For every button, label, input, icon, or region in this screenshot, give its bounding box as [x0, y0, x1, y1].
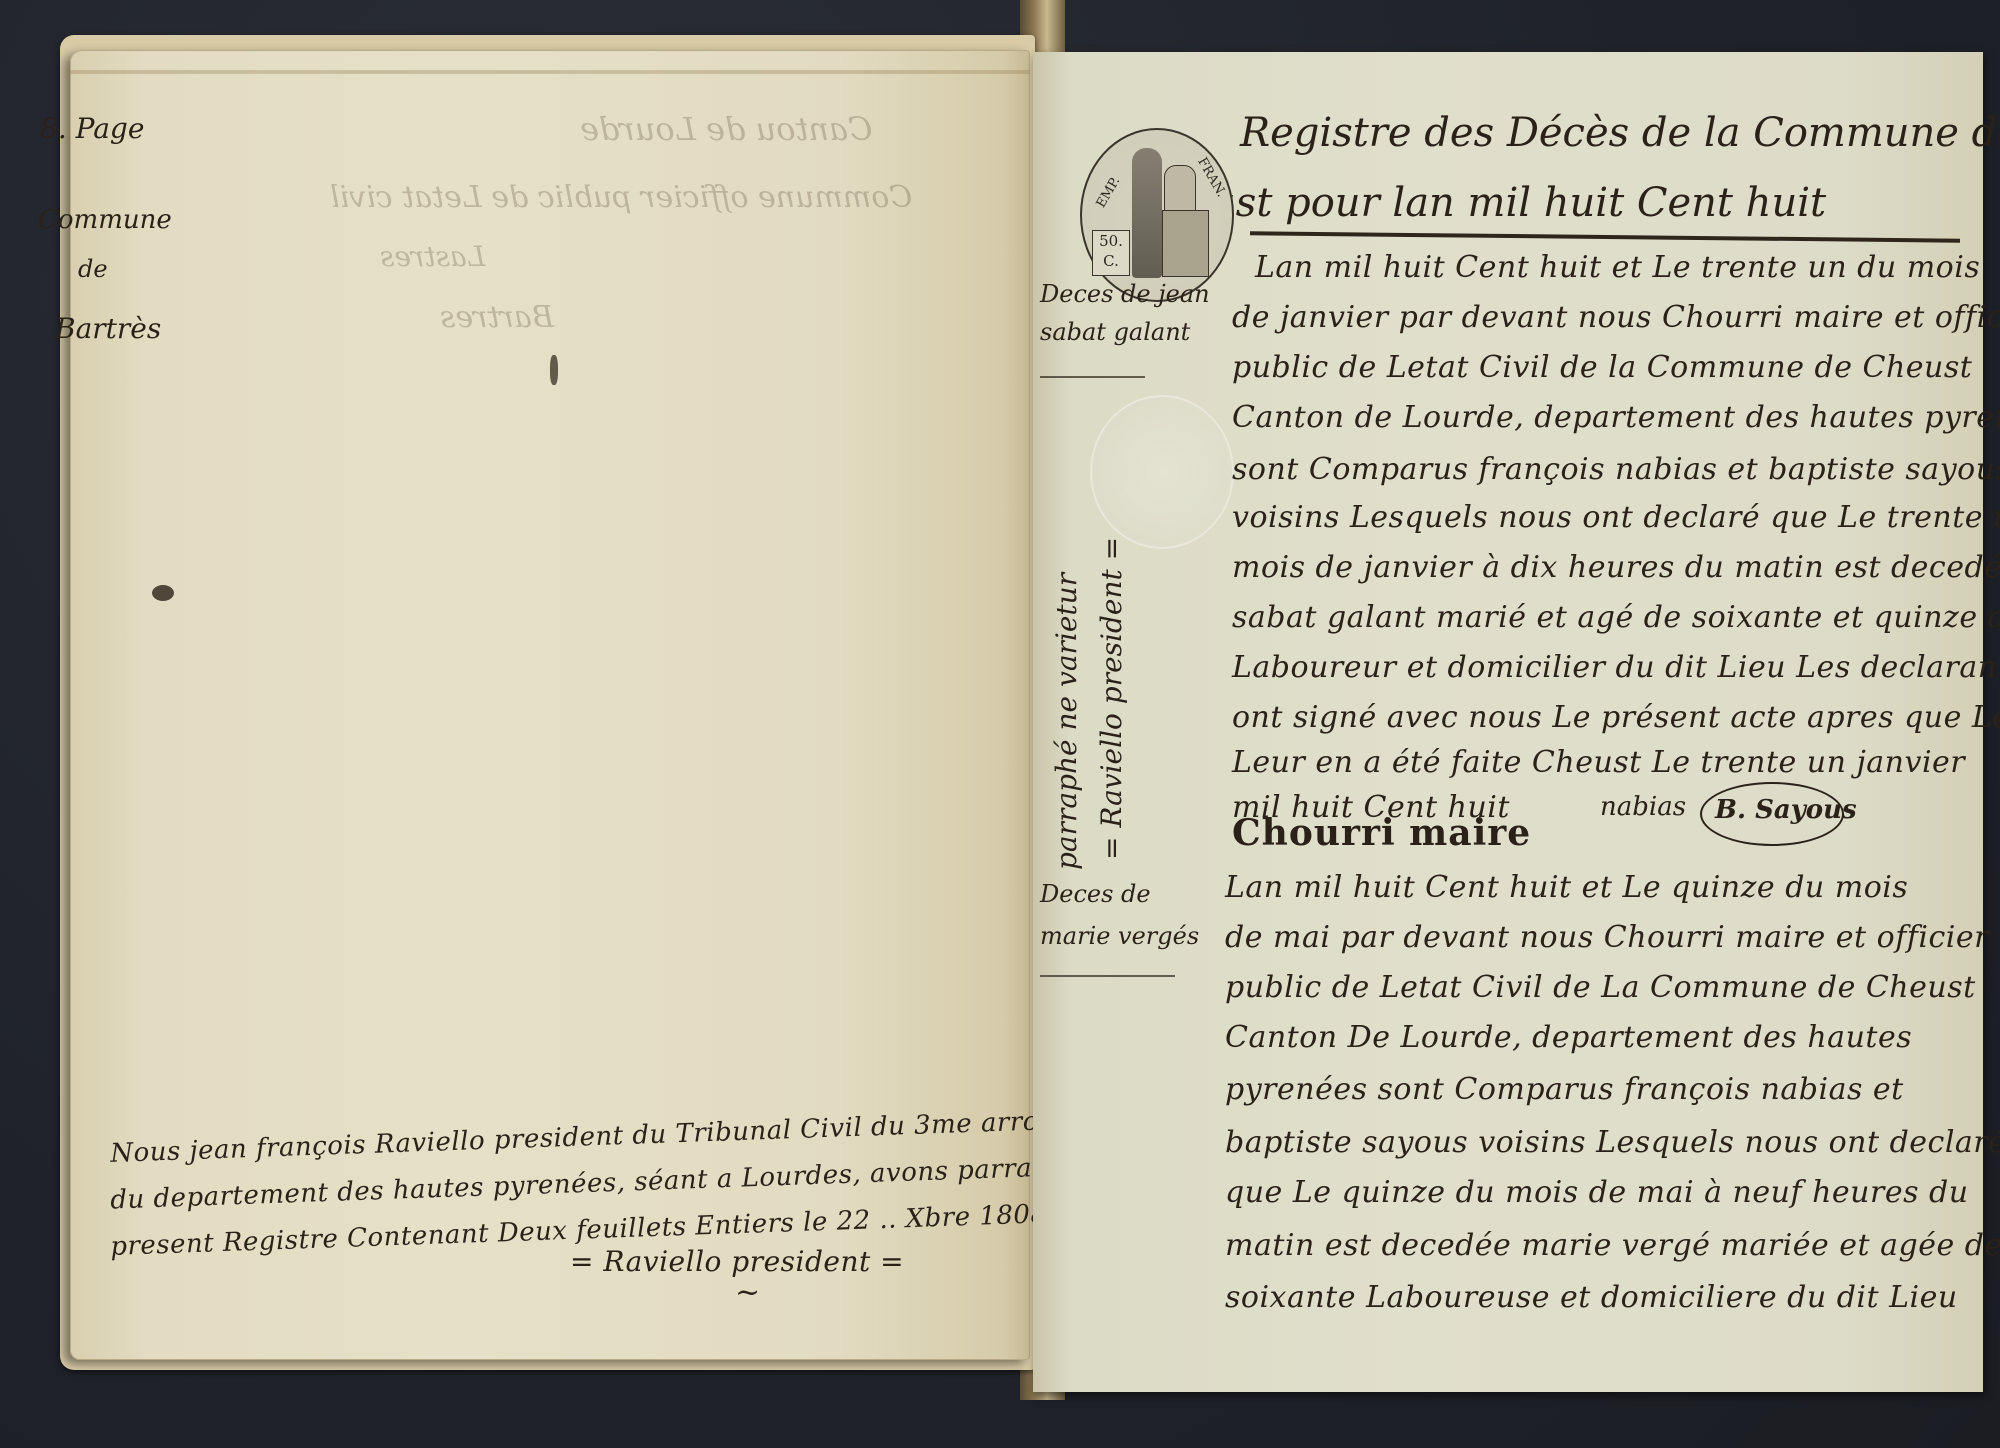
register-title-line: Registre des Décès de la Commune de: [1240, 110, 2000, 156]
vertical-paraph-signature: = Raviello president =: [1095, 537, 1128, 860]
law-tablets-icon: [1164, 165, 1196, 212]
allegorical-figure-icon: [1132, 148, 1162, 278]
entry-line: de mai par devant nous Chourri maire et …: [1225, 920, 1989, 955]
bleed-through-text: Lastres: [380, 240, 485, 273]
entry-line: sabat galant marié et agé de soixante et…: [1232, 600, 2000, 635]
entry-line: soixante Laboureuse et domiciliere du di…: [1225, 1280, 1958, 1315]
margin-rule: [1040, 975, 1175, 977]
entry-line: public de Letat Civil de La Commune de C…: [1225, 970, 1976, 1005]
bleed-through-text: Bartres: [440, 300, 554, 335]
entry-line: matin est decedée marie vergé mariée et …: [1225, 1228, 2000, 1263]
entry-line: que Le quinze du mois de mai à neuf heur…: [1225, 1175, 1969, 1210]
commune-name-label: Bartrès: [55, 312, 161, 345]
signature-flourish: ~: [735, 1275, 760, 1310]
page-number-label: 8. Page: [40, 112, 144, 145]
entry-line: ont signé avec nous Le présent acte apre…: [1232, 700, 2000, 735]
register-title-line: Cheust pour lan mil huit Cent huit: [1130, 180, 1826, 226]
entry-margin-label: sabat galant: [1040, 318, 1190, 346]
entry-line: pyrenées sont Comparus françois nabias e…: [1225, 1072, 1904, 1107]
bleed-through-text: Commune officier public de Letat civil: [330, 180, 912, 215]
entry-line: baptiste sayous voisins Lesquels nous on…: [1225, 1125, 2000, 1160]
commune-label: Commune: [38, 205, 172, 235]
witness-signature-nabias: nabias: [1600, 792, 1686, 822]
ink-stain: [152, 585, 174, 601]
entry-margin-label: marie vergés: [1040, 922, 1199, 950]
entry-line: Canton De Lourde, departement des hautes: [1225, 1020, 1912, 1055]
entry-line: de janvier par devant nous Chourri maire…: [1232, 300, 2000, 335]
margin-rule: [1040, 376, 1145, 378]
entry-margin-label: Deces de jean: [1040, 280, 1210, 308]
president-signature: = Raviello president =: [570, 1245, 904, 1278]
page-fold-line: [70, 70, 1030, 74]
bleed-through-text: Cantou de Lourde: [580, 110, 873, 148]
entry-margin-label: Deces de: [1040, 880, 1151, 908]
tax-stamp-seal: EMP. FRAN. 50. C.: [1080, 128, 1234, 302]
stamp-value-box: 50. C.: [1092, 230, 1130, 276]
entry-line: mois de janvier à dix heures du matin es…: [1232, 550, 2000, 585]
stamp-text-left: EMP.: [1094, 174, 1124, 210]
mayor-signature: Chourri maire: [1232, 812, 1531, 854]
witness-signature-sayous: B. Sayous: [1715, 795, 1857, 825]
entry-line: Leur en a été faite Cheust Le trente un …: [1232, 745, 1965, 780]
entry-line: sont Comparus françois nabias et baptist…: [1232, 452, 2000, 487]
eagle-altar-icon: [1162, 210, 1209, 277]
entry-line: Lan mil huit Cent huit et Le quinze du m…: [1225, 870, 1908, 905]
entry-line: public de Letat Civil de la Commune de C…: [1232, 350, 1972, 385]
entry-line: Laboureur et domicilier du dit Lieu Les …: [1232, 650, 2000, 685]
entry-line: Lan mil huit Cent huit et Le trente un d…: [1255, 250, 1980, 285]
ink-stain: [550, 355, 558, 385]
embossed-seal: [1090, 395, 1234, 549]
entry-line: voisins Lesquels nous ont declaré que Le…: [1232, 500, 2000, 535]
commune-de-label: de: [78, 255, 108, 283]
stamp-value: 50.: [1099, 232, 1123, 250]
vertical-paraph-note: parraphé ne varietur: [1050, 573, 1083, 870]
stamp-unit: C.: [1103, 252, 1119, 270]
entry-line: Canton de Lourde, departement des hautes…: [1232, 400, 2000, 435]
